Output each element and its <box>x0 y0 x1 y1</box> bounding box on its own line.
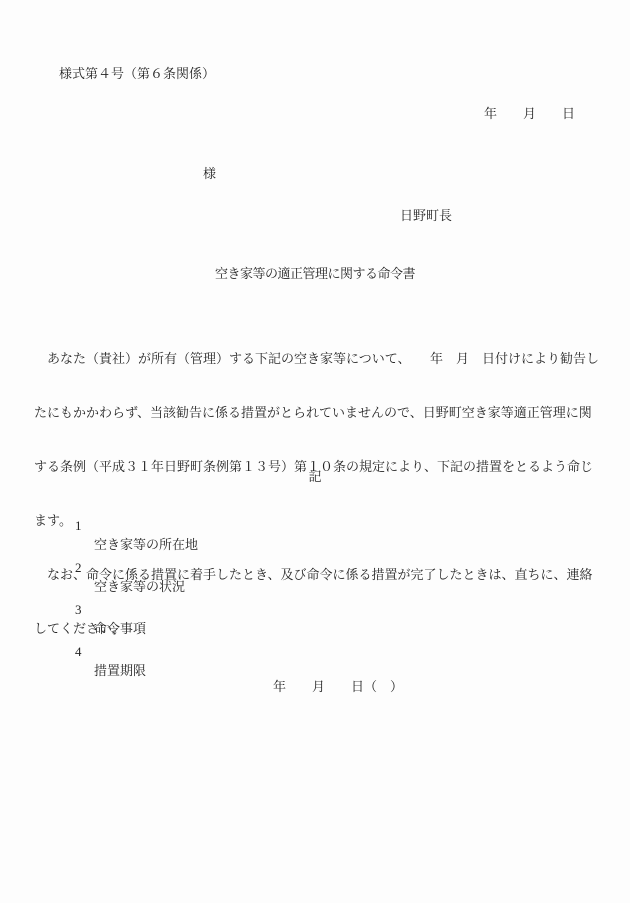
list-item-deadline: 4 措置期限 年 月 日（ ） <box>0 628 630 646</box>
item-number: 4 <box>75 644 82 660</box>
list-item-location: 1 空き家等の所在地 <box>0 502 630 520</box>
item-number: 1 <box>75 518 82 534</box>
addressee-honorific: 様 <box>203 163 216 182</box>
item-label: 措置期限 <box>94 660 146 679</box>
item-deadline-date-blank: 年 月 日（ ） <box>273 676 403 695</box>
item-number: 3 <box>75 602 82 618</box>
document-page: 様式第４号（第６条関係） 年 月 日 様 日野町長 空き家等の適正管理に関する命… <box>0 0 630 903</box>
item-number: 2 <box>75 560 82 576</box>
body-line-2: たにもかかわらず、当該勧告に係る措置がとられていませんので、日野町空き家等適正管… <box>34 402 594 424</box>
list-item-condition: 2 空き家等の状況 <box>0 544 630 562</box>
form-number: 様式第４号（第６条関係） <box>59 63 215 82</box>
date-blank-line: 年 月 日 <box>484 103 575 122</box>
body-line-1: あなた（貴社）が所有（管理）する下記の空き家等について、 年 月 日付けにより勧… <box>34 348 594 370</box>
record-heading: 記 <box>0 466 630 485</box>
document-title: 空き家等の適正管理に関する命令書 <box>0 263 630 282</box>
list-item-order-details: 3 命令事項 <box>0 586 630 604</box>
issuer-name: 日野町長 <box>400 205 452 224</box>
